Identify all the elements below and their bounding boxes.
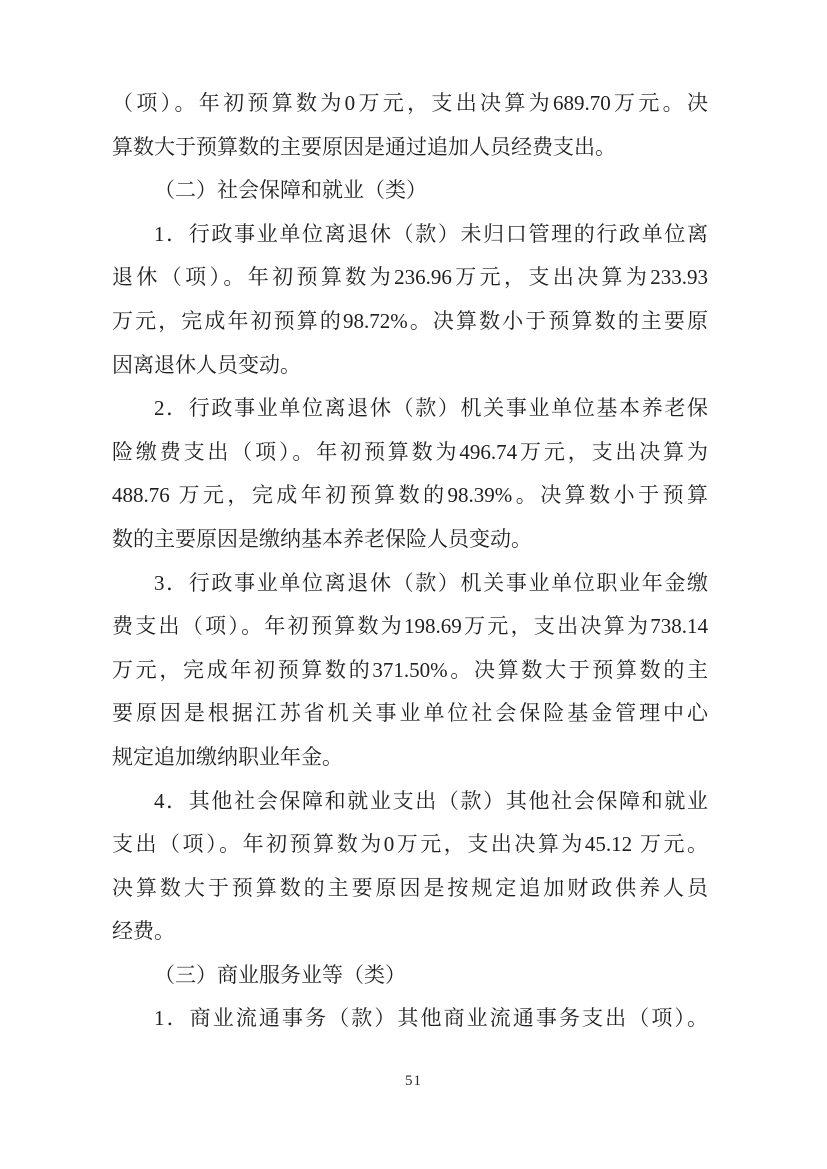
page-footer: 51	[0, 1072, 827, 1090]
document-body: （项）。年初预算数为0万元，支出决算为689.70万元。决算数大于预算数的主要原…	[112, 82, 708, 1041]
heading-section-2-social-security-line-1: （二）社会保障和就业（类）	[112, 169, 708, 213]
para-item-1-retirement-line-1: 1．行政事业单位离退休（款）未归口管理的行政单位离	[112, 213, 708, 257]
para-item-3-occupational-annuity-line-4: 要原因是根据江苏省机关事业单位社会保险基金管理中心	[112, 692, 708, 736]
para-item-1-commercial-circulation-line-1: 1．商业流通事务（款）其他商业流通事务支出（项）。	[112, 997, 708, 1041]
para-item-4-other-social-security-line-2: 支出（项）。年初预算数为0万元，支出决算为45.12 万元。	[112, 823, 708, 867]
para-item-3-occupational-annuity-line-5: 规定追加缴纳职业年金。	[112, 736, 708, 780]
para-item-2-basic-pension-line-1: 2．行政事业单位离退休（款）机关事业单位基本养老保	[112, 387, 708, 431]
para-continuation-other-education-line-1: （项）。年初预算数为0万元，支出决算为689.70万元。决	[112, 82, 708, 126]
page-number: 51	[405, 1073, 422, 1089]
para-item-2-basic-pension-line-2: 险缴费支出（项）。年初预算数为496.74万元，支出决算为	[112, 431, 708, 475]
para-continuation-other-education-line-2: 算数大于预算数的主要原因是通过追加人员经费支出。	[112, 126, 708, 170]
para-item-2-basic-pension-line-3: 488.76 万元，完成年初预算数的98.39%。决算数小于预算	[112, 474, 708, 518]
para-item-4-other-social-security-line-4: 经费。	[112, 910, 708, 954]
document-page: （项）。年初预算数为0万元，支出决算为689.70万元。决算数大于预算数的主要原…	[0, 0, 827, 1169]
para-item-3-occupational-annuity-line-1: 3．行政事业单位离退休（款）机关事业单位职业年金缴	[112, 562, 708, 606]
para-item-3-occupational-annuity-line-2: 费支出（项）。年初预算数为198.69万元，支出决算为738.14	[112, 605, 708, 649]
para-item-1-retirement-line-4: 因离退休人员变动。	[112, 344, 708, 388]
para-item-1-retirement-line-3: 万元，完成年初预算的98.72%。决算数小于预算数的主要原	[112, 300, 708, 344]
heading-section-3-commercial-services-line-1: （三）商业服务业等（类）	[112, 954, 708, 998]
para-item-4-other-social-security-line-3: 决算数大于预算数的主要原因是按规定追加财政供养人员	[112, 867, 708, 911]
para-item-2-basic-pension-line-4: 数的主要原因是缴纳基本养老保险人员变动。	[112, 518, 708, 562]
para-item-4-other-social-security-line-1: 4．其他社会保障和就业支出（款）其他社会保障和就业	[112, 780, 708, 824]
para-item-3-occupational-annuity-line-3: 万元，完成年初预算数的371.50%。决算数大于预算数的主	[112, 649, 708, 693]
para-item-1-retirement-line-2: 退休（项）。年初预算数为236.96万元，支出决算为233.93	[112, 256, 708, 300]
